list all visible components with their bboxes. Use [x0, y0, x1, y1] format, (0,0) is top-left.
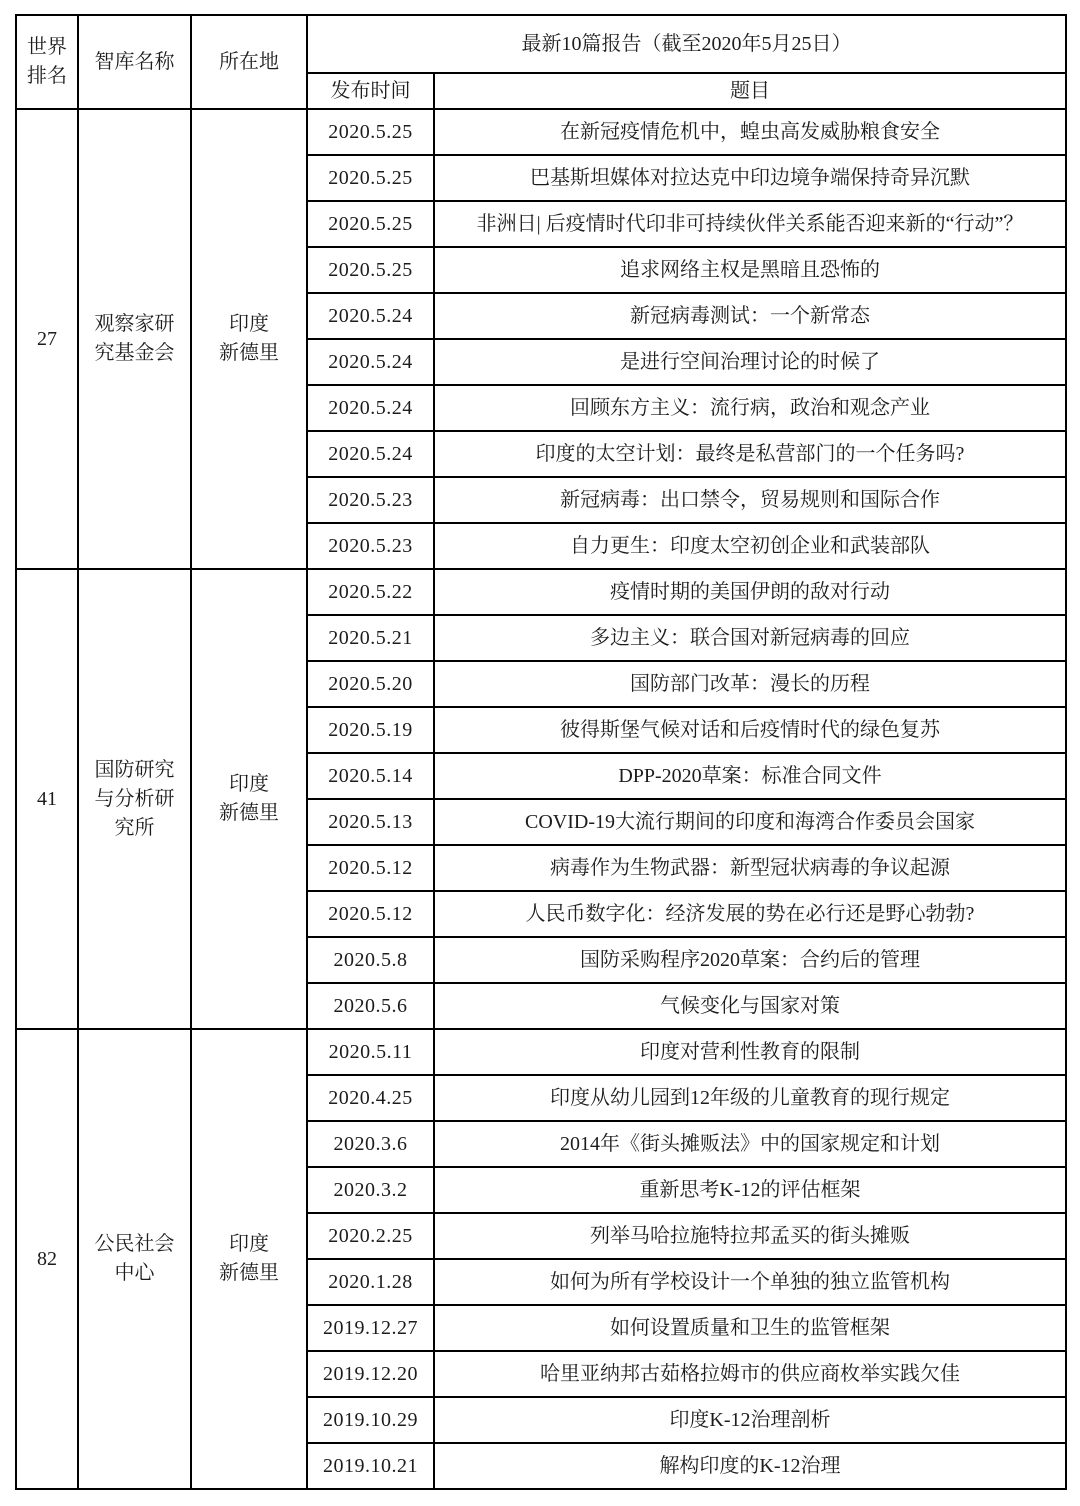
report-title-cell: COVID-19大流行期间的印度和海湾合作委员会国家 — [434, 799, 1066, 845]
report-title-cell: 印度的太空计划：最终是私营部门的一个任务吗? — [434, 431, 1066, 477]
publish-date-cell: 2019.12.20 — [307, 1351, 434, 1397]
report-title-cell: 新冠病毒测试：一个新常态 — [434, 293, 1066, 339]
publish-date-cell: 2019.10.29 — [307, 1397, 434, 1443]
publish-date-cell: 2020.5.24 — [307, 431, 434, 477]
report-rows: 27观察家研 究基金会印度 新德里2020.5.25在新冠疫情危机中，蝗虫高发威… — [16, 109, 1066, 1489]
header-row-1: 世界 排名 智库名称 所在地 最新10篇报告（截至2020年5月25日） — [16, 15, 1066, 73]
report-title-cell: DPP-2020草案：标准合同文件 — [434, 753, 1066, 799]
publish-date-cell: 2020.5.25 — [307, 109, 434, 155]
report-row: 41国防研究 与分析研 究所印度 新德里2020.5.22疫情时期的美国伊朗的敌… — [16, 569, 1066, 615]
publish-date-cell: 2020.5.14 — [307, 753, 434, 799]
publish-date-cell: 2020.5.25 — [307, 155, 434, 201]
location-cell: 印度 新德里 — [191, 109, 307, 569]
report-title-cell: 印度对营利性教育的限制 — [434, 1029, 1066, 1075]
publish-date-cell: 2020.3.2 — [307, 1167, 434, 1213]
report-title-cell: 如何为所有学校设计一个单独的独立监管机构 — [434, 1259, 1066, 1305]
report-title-cell: 国防部门改革：漫长的历程 — [434, 661, 1066, 707]
report-title-cell: 人民币数字化：经济发展的势在必行还是野心勃勃? — [434, 891, 1066, 937]
col-header-publish-date: 发布时间 — [307, 73, 434, 109]
publish-date-cell: 2020.5.25 — [307, 247, 434, 293]
report-title-cell: 非洲日| 后疫情时代印非可持续伙伴关系能否迎来新的“行动”？ — [434, 201, 1066, 247]
publish-date-cell: 2020.5.20 — [307, 661, 434, 707]
publish-date-cell: 2019.12.27 — [307, 1305, 434, 1351]
publish-date-cell: 2020.5.12 — [307, 845, 434, 891]
world-rank-cell: 82 — [16, 1029, 78, 1489]
report-title-cell: 如何设置质量和卫生的监管框架 — [434, 1305, 1066, 1351]
publish-date-cell: 2020.5.11 — [307, 1029, 434, 1075]
report-title-cell: 印度从幼儿园到12年级的儿童教育的现行规定 — [434, 1075, 1066, 1121]
publish-date-cell: 2020.5.8 — [307, 937, 434, 983]
report-title-cell: 气候变化与国家对策 — [434, 983, 1066, 1029]
report-title-cell: 是进行空间治理讨论的时候了 — [434, 339, 1066, 385]
think-tank-name-cell: 公民社会 中心 — [78, 1029, 191, 1489]
report-title-cell: 疫情时期的美国伊朗的敌对行动 — [434, 569, 1066, 615]
report-row: 82公民社会 中心印度 新德里2020.5.11印度对营利性教育的限制 — [16, 1029, 1066, 1075]
publish-date-cell: 2020.5.22 — [307, 569, 434, 615]
col-header-world-rank: 世界 排名 — [16, 15, 78, 109]
col-header-location: 所在地 — [191, 15, 307, 109]
report-title-cell: 重新思考K-12的评估框架 — [434, 1167, 1066, 1213]
report-title-cell: 多边主义：联合国对新冠病毒的回应 — [434, 615, 1066, 661]
location-cell: 印度 新德里 — [191, 1029, 307, 1489]
report-row: 27观察家研 究基金会印度 新德里2020.5.25在新冠疫情危机中，蝗虫高发威… — [16, 109, 1066, 155]
world-rank-cell: 41 — [16, 569, 78, 1029]
publish-date-cell: 2020.5.21 — [307, 615, 434, 661]
publish-date-cell: 2020.5.25 — [307, 201, 434, 247]
col-header-latest-reports: 最新10篇报告（截至2020年5月25日） — [307, 15, 1066, 73]
document-page: 世界 排名 智库名称 所在地 最新10篇报告（截至2020年5月25日） 发布时… — [0, 0, 1080, 1506]
think-tank-report-table: 世界 排名 智库名称 所在地 最新10篇报告（截至2020年5月25日） 发布时… — [15, 14, 1067, 1490]
publish-date-cell: 2020.5.23 — [307, 477, 434, 523]
publish-date-cell: 2020.5.23 — [307, 523, 434, 569]
think-tank-name-cell: 国防研究 与分析研 究所 — [78, 569, 191, 1029]
col-header-title: 题目 — [434, 73, 1066, 109]
location-cell: 印度 新德里 — [191, 569, 307, 1029]
publish-date-cell: 2020.5.6 — [307, 983, 434, 1029]
publish-date-cell: 2020.5.12 — [307, 891, 434, 937]
report-title-cell: 国防采购程序2020草案：合约后的管理 — [434, 937, 1066, 983]
report-title-cell: 2014年《街头摊贩法》中的国家规定和计划 — [434, 1121, 1066, 1167]
publish-date-cell: 2020.5.24 — [307, 293, 434, 339]
report-title-cell: 哈里亚纳邦古茹格拉姆市的供应商枚举实践欠佳 — [434, 1351, 1066, 1397]
publish-date-cell: 2020.1.28 — [307, 1259, 434, 1305]
publish-date-cell: 2020.5.19 — [307, 707, 434, 753]
col-header-think-tank-name: 智库名称 — [78, 15, 191, 109]
report-title-cell: 自力更生：印度太空初创企业和武装部队 — [434, 523, 1066, 569]
report-title-cell: 彼得斯堡气候对话和后疫情时代的绿色复苏 — [434, 707, 1066, 753]
publish-date-cell: 2020.5.24 — [307, 385, 434, 431]
report-title-cell: 回顾东方主义：流行病，政治和观念产业 — [434, 385, 1066, 431]
world-rank-cell: 27 — [16, 109, 78, 569]
publish-date-cell: 2020.2.25 — [307, 1213, 434, 1259]
report-title-cell: 病毒作为生物武器：新型冠状病毒的争议起源 — [434, 845, 1066, 891]
report-title-cell: 在新冠疫情危机中，蝗虫高发威胁粮食安全 — [434, 109, 1066, 155]
report-title-cell: 列举马哈拉施特拉邦孟买的街头摊贩 — [434, 1213, 1066, 1259]
report-title-cell: 巴基斯坦媒体对拉达克中印边境争端保持奇异沉默 — [434, 155, 1066, 201]
think-tank-name-cell: 观察家研 究基金会 — [78, 109, 191, 569]
publish-date-cell: 2020.3.6 — [307, 1121, 434, 1167]
publish-date-cell: 2020.4.25 — [307, 1075, 434, 1121]
report-title-cell: 新冠病毒：出口禁令，贸易规则和国际合作 — [434, 477, 1066, 523]
publish-date-cell: 2020.5.13 — [307, 799, 434, 845]
report-title-cell: 解构印度的K-12治理 — [434, 1443, 1066, 1489]
publish-date-cell: 2020.5.24 — [307, 339, 434, 385]
publish-date-cell: 2019.10.21 — [307, 1443, 434, 1489]
report-title-cell: 追求网络主权是黑暗且恐怖的 — [434, 247, 1066, 293]
report-title-cell: 印度K-12治理剖析 — [434, 1397, 1066, 1443]
